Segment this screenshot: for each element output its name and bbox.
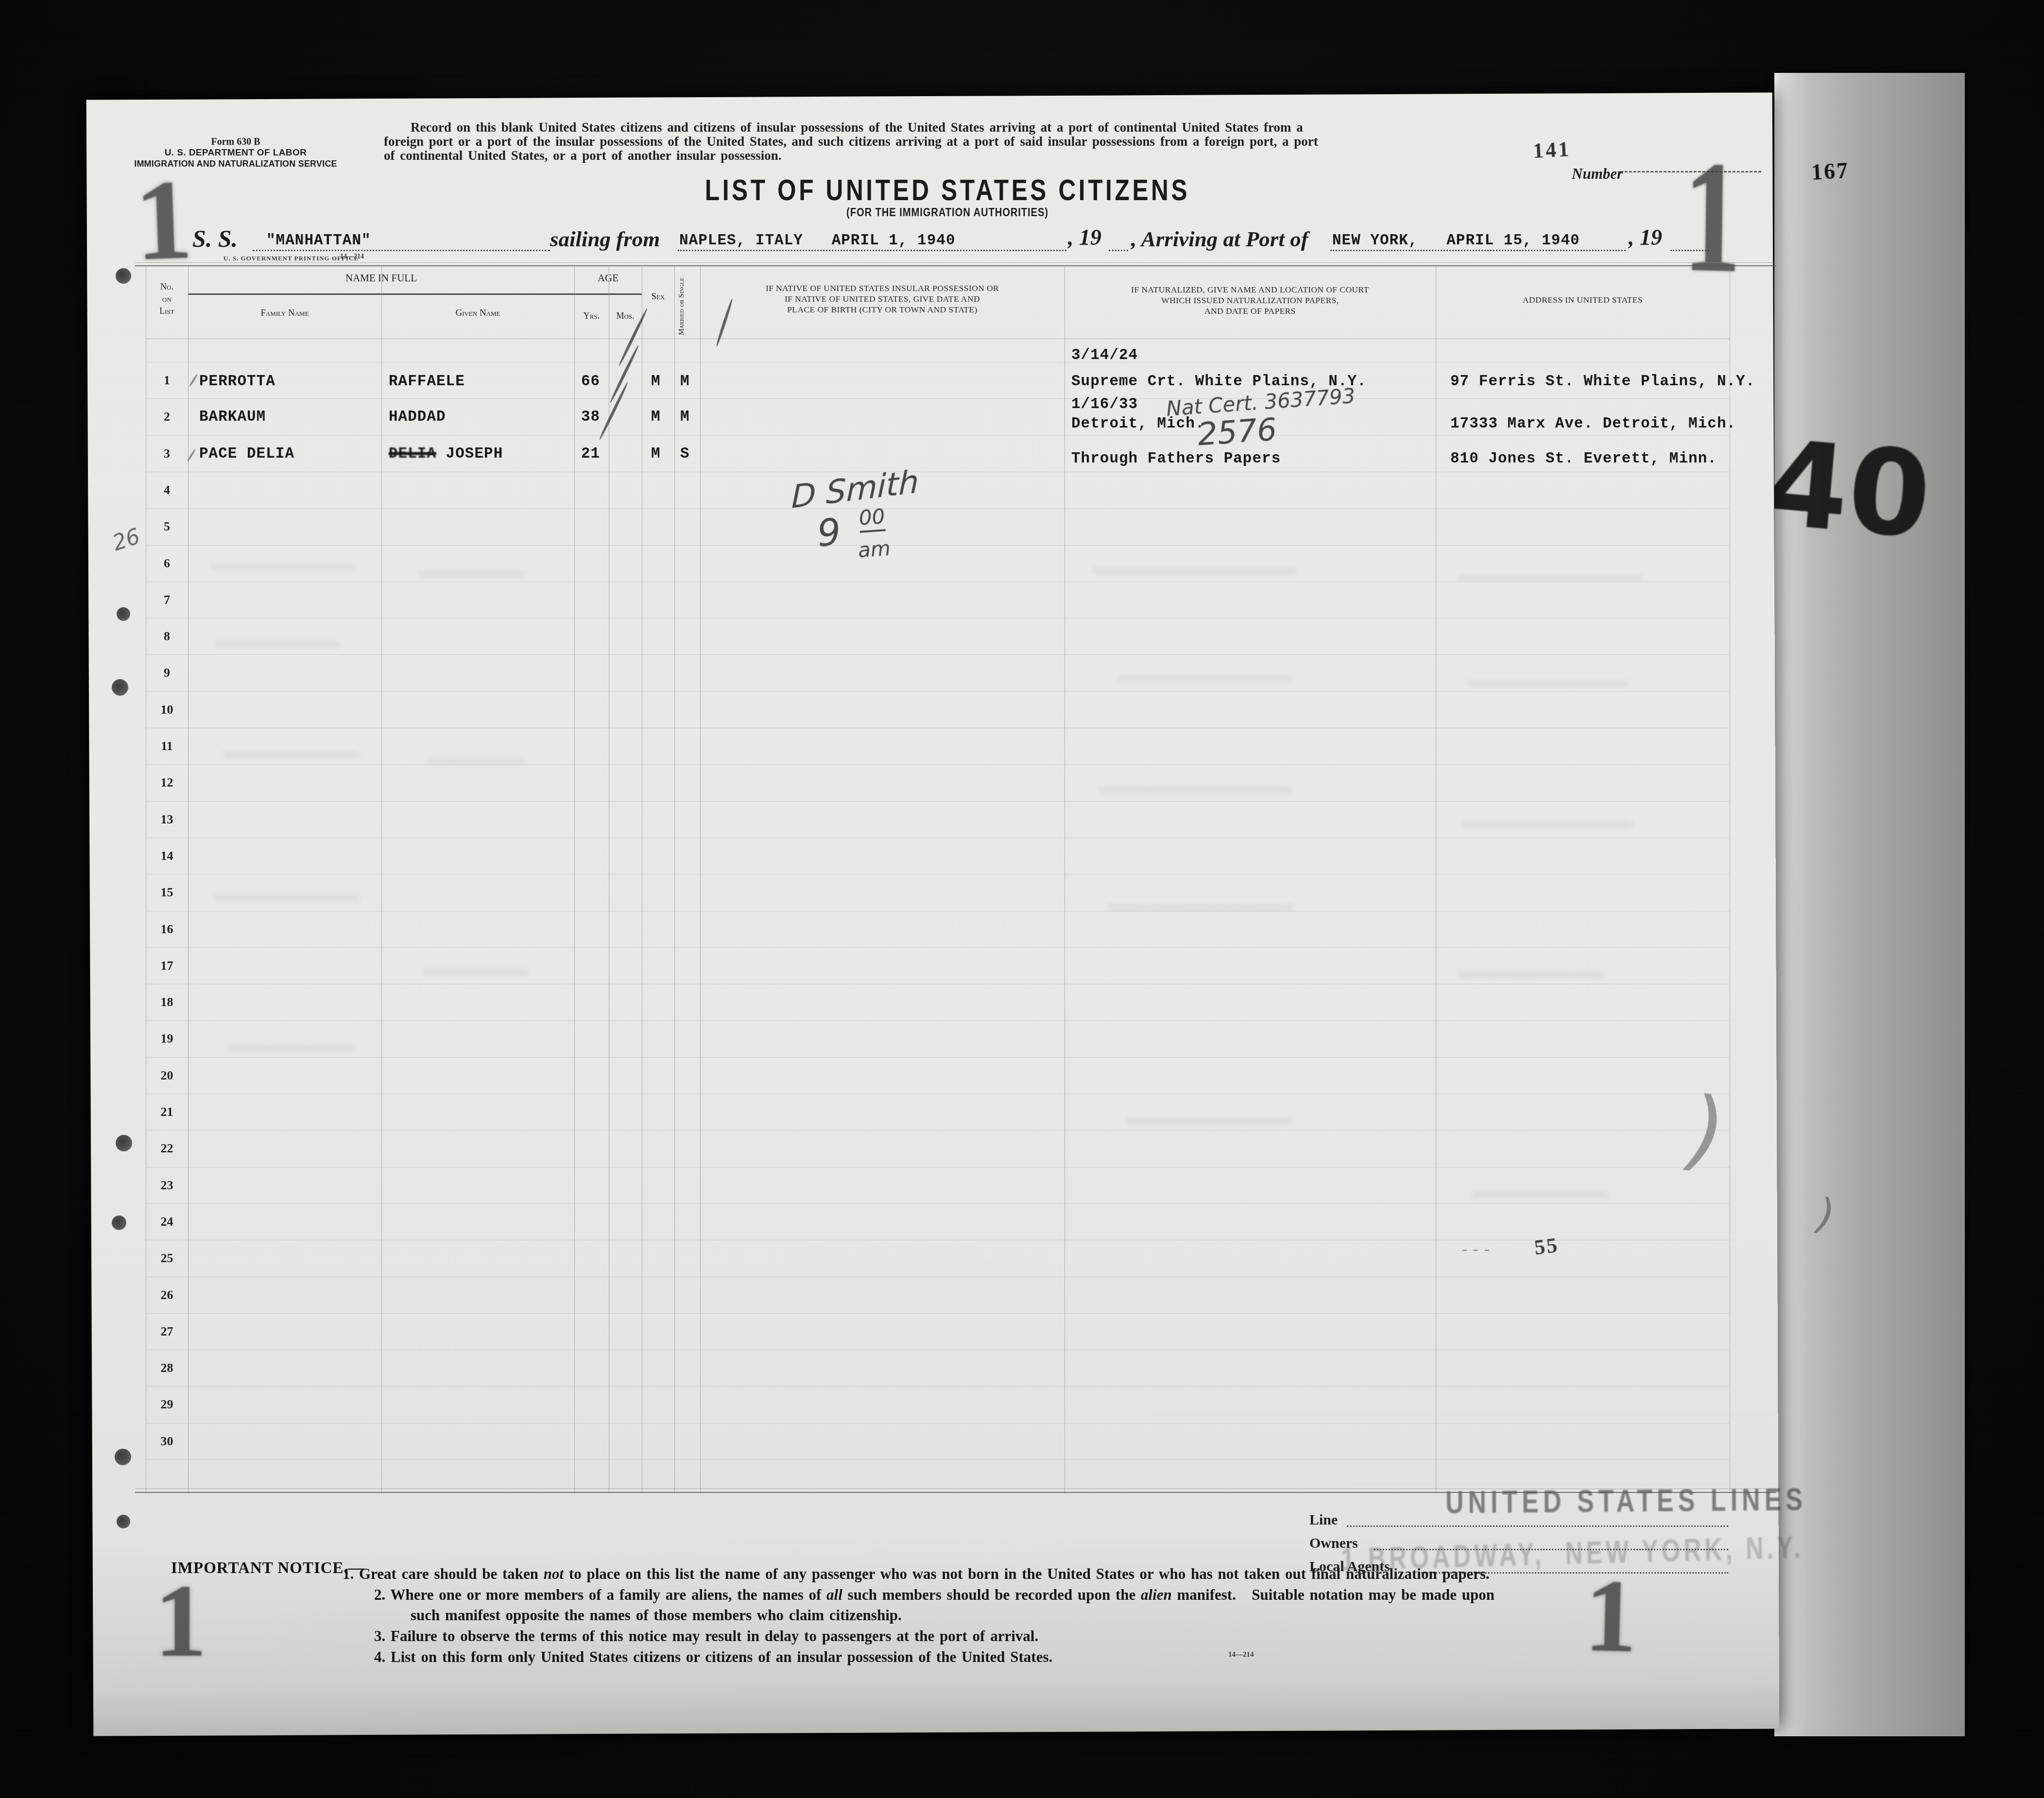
header-underline — [188, 293, 642, 295]
row-rule — [146, 1167, 1730, 1167]
header-naturalization-column: IF NATURALIZED, GIVE NAME AND LOCATION O… — [1069, 284, 1431, 316]
row-rule — [146, 362, 1730, 362]
page-number-stamp-top-right: 1 — [1683, 154, 1742, 280]
passenger-age-years: 38 — [581, 409, 600, 426]
row-rule — [146, 1423, 1730, 1423]
passenger-family-name: PERROTTA — [199, 373, 275, 390]
table-row-number: 6 — [146, 556, 188, 571]
table-row-number: 23 — [146, 1178, 188, 1193]
bleed-through-smudge — [1093, 567, 1297, 574]
row-rule — [146, 472, 1730, 472]
table-row-number: 14 — [146, 849, 188, 863]
passenger-family-name: BARKAUM — [199, 409, 266, 426]
rule-header-bottom — [146, 339, 1730, 339]
row-rule — [146, 582, 1730, 582]
passenger-naturalization-date: 1/16/33 — [1071, 396, 1138, 413]
passenger-age-years: 21 — [581, 445, 600, 462]
row-rule — [146, 947, 1730, 948]
row-rule — [146, 1459, 1730, 1460]
notice-line: such manifest opposite the names of thos… — [411, 1607, 902, 1624]
header-no-on-list: No.onList — [146, 281, 188, 317]
table-row-number: 2 — [146, 410, 188, 424]
table-row-number: 5 — [146, 519, 188, 534]
passenger-address: 17333 Marx Ave. Detroit, Mich. — [1450, 415, 1736, 432]
table-row-number: 10 — [146, 702, 188, 717]
passenger-given-name: HADDAD — [389, 409, 446, 426]
table-row-number: 12 — [146, 775, 188, 790]
number-label: Number — [1572, 165, 1623, 183]
bleed-through-smudge — [1462, 821, 1632, 828]
bleed-through-smudge — [1127, 1117, 1292, 1124]
header-yrs: Yrs. — [574, 311, 609, 321]
row-rule — [146, 1350, 1730, 1350]
table-row-number: 25 — [146, 1251, 188, 1266]
table-row-number: 9 — [146, 666, 188, 680]
passenger-marital-status: M — [680, 373, 690, 390]
bleed-through-smudge — [423, 969, 530, 976]
notice-line: 2. Where one or more members of a family… — [374, 1586, 1494, 1604]
table-row-number: 8 — [146, 629, 188, 644]
row-rule — [146, 1094, 1730, 1094]
row-rule — [146, 728, 1730, 728]
table-row-number: 27 — [146, 1324, 188, 1339]
bleed-through-smudge — [1117, 675, 1292, 682]
sailing-from-label: sailing from — [550, 226, 660, 252]
line-label: Line — [1309, 1512, 1338, 1528]
notice-line: 3. Failure to observe the terms of this … — [374, 1627, 1038, 1645]
row-rule — [146, 1386, 1730, 1387]
column-line — [609, 266, 609, 1493]
header-birth-column: IF NATIVE OF UNITED STATES INSULAR POSSE… — [705, 283, 1060, 315]
table-row-number: 7 — [146, 593, 188, 607]
bleed-through-smudge — [223, 751, 360, 757]
bleed-through-smudge — [1472, 1190, 1608, 1197]
sailing-from-value: NAPLES, ITALY APRIL 1, 1940 — [679, 232, 956, 249]
column-line — [1436, 266, 1436, 1493]
notice-line: 1. Great care should be taken not to pla… — [343, 1565, 1490, 1583]
table-row-number: 22 — [146, 1141, 188, 1156]
table-row-number: 24 — [146, 1215, 188, 1229]
header-married-single: Married or Single — [676, 275, 699, 338]
row-rule — [146, 691, 1730, 692]
passenger-sex: M — [651, 409, 661, 426]
column-line — [1730, 266, 1730, 1493]
row-rule — [146, 801, 1730, 802]
passenger-sex: M — [651, 445, 661, 462]
header-address-column: ADDRESS IN UNITED STATES — [1441, 294, 1725, 305]
passenger-given-name: RAFFAELE — [389, 373, 465, 390]
row-rule — [146, 1313, 1730, 1314]
row-rule — [146, 911, 1730, 911]
row-rule — [146, 545, 1730, 546]
passenger-family-name: PACE DELIA — [199, 445, 294, 462]
row-rule — [146, 618, 1730, 618]
ship-name-value: "MANHATTAN" — [266, 232, 371, 249]
instructions-line-1: Record on this blank United States citiz… — [411, 120, 1523, 135]
column-line — [1065, 266, 1065, 1493]
table-row-number: 15 — [146, 885, 188, 900]
passenger-naturalization-date: 3/14/24 — [1071, 347, 1138, 364]
row-rule — [146, 1203, 1730, 1204]
ship-name-line — [253, 250, 550, 251]
passenger-naturalization-court: Through Fathers Papers — [1071, 450, 1281, 467]
row-rule — [146, 1277, 1730, 1277]
bleed-through-smudge — [1467, 680, 1628, 687]
page-number-stamp-bottom-right: 1 — [1584, 1575, 1638, 1657]
punch-hole — [112, 679, 128, 696]
row-rule — [146, 838, 1730, 838]
bleed-through-smudge — [214, 641, 340, 648]
table-row-number: 30 — [146, 1434, 188, 1449]
punch-hole — [116, 1135, 132, 1151]
naturalization-cert-handwritten: 2576 — [1197, 411, 1278, 453]
punch-hole — [115, 1449, 131, 1465]
form-number: Form 630 B — [148, 137, 323, 148]
passenger-marital-status: M — [680, 409, 690, 426]
ss-label: S. S. — [192, 224, 238, 253]
column-line — [700, 266, 701, 1493]
dots-19-a — [1109, 250, 1128, 251]
important-notice-label: IMPORTANT NOTICE.— — [171, 1559, 365, 1577]
bleed-through-smudge — [209, 564, 355, 570]
printed-19-a: , 19 — [1068, 224, 1101, 250]
dots-19-b — [1670, 250, 1709, 251]
table-row-number: 26 — [146, 1288, 188, 1302]
row-rule — [146, 398, 1730, 399]
page-subtitle: (FOR THE IMMIGRATION AUTHORITIES) — [734, 206, 1161, 219]
rule-bottom-thick — [135, 1492, 1776, 1493]
pencil-dashes: - - - — [1461, 1240, 1490, 1259]
printed-19-b: , 19 — [1629, 224, 1662, 250]
arriving-label: , Arriving at Port of — [1131, 226, 1308, 252]
table-row-number: 13 — [146, 812, 188, 827]
punch-hole — [117, 1515, 130, 1528]
table-row-number: 11 — [146, 739, 188, 753]
instructions-line-2: foreign port or a port of the insular po… — [384, 134, 1523, 149]
row-rule — [146, 1130, 1730, 1130]
bleed-through-smudge — [1458, 972, 1603, 978]
column-line — [574, 266, 575, 1493]
printing-office-note: U. S. GOVERNMENT PRINTING OFFICE — [223, 255, 359, 262]
number-55-stamp: 55 — [1533, 1233, 1560, 1260]
passenger-sex: M — [651, 373, 661, 390]
column-line — [642, 266, 642, 1493]
table-row-number: 1 — [146, 373, 188, 388]
underlying-sheet-handwritten-number: 40 — [1761, 415, 1936, 565]
punch-hole — [116, 268, 131, 284]
bleed-through-smudge — [1458, 574, 1642, 581]
passenger-marital-status: S — [680, 445, 690, 462]
row-rule — [146, 435, 1730, 436]
passenger-age-years: 66 — [581, 373, 600, 390]
table-row-number: 4 — [146, 483, 188, 497]
sailing-from-line — [678, 250, 1066, 251]
punch-hole — [117, 607, 130, 621]
table-row-number: 17 — [146, 959, 188, 973]
table-row-number: 19 — [146, 1031, 188, 1046]
passenger-address: 97 Ferris St. White Plains, N.Y. — [1450, 373, 1755, 390]
row-rule — [146, 764, 1730, 765]
bleed-through-smudge — [1108, 904, 1292, 910]
table-row-number: 16 — [146, 922, 188, 937]
bleed-through-smudge — [428, 758, 525, 765]
underlying-sheet-number: 167 — [1811, 157, 1850, 185]
page-number-stamp-bottom-left: 1 — [155, 1580, 207, 1661]
column-line — [381, 266, 382, 1493]
passenger-given-name: DELIA JOSEPH — [389, 445, 503, 462]
header-age: AGE — [574, 272, 642, 284]
scanned-manifest-photo: 167 40 ) Form 630 B U. S. DEPARTMENT OF … — [0, 0, 2044, 1798]
bleed-through-smudge — [214, 894, 360, 901]
manifest-number-stamp: 141 — [1532, 137, 1572, 163]
header-given-name: Given Name — [381, 308, 574, 319]
page-title: LIST OF UNITED STATES CITIZENS — [662, 173, 1233, 207]
bleed-through-smudge — [1098, 787, 1292, 794]
passenger-address: 810 Jones St. Everett, Minn. — [1450, 450, 1717, 467]
table-row-number: 18 — [146, 995, 188, 1010]
arriving-value: NEW YORK, APRIL 15, 1940 — [1332, 232, 1580, 249]
row-rule — [146, 508, 1730, 509]
punch-hole — [112, 1216, 126, 1230]
table-row-number: 28 — [146, 1361, 188, 1375]
united-states-lines-stamp: UNITED STATES LINES — [1445, 1481, 1807, 1521]
row-rule — [146, 1240, 1730, 1240]
column-line — [188, 266, 189, 1493]
table-row-number: 29 — [146, 1397, 188, 1412]
instructions-line-3: of continental United States, or a port … — [384, 148, 782, 163]
rule-bottom-thin — [135, 1489, 1776, 1489]
notice-line: 4. List on this form only United States … — [374, 1648, 1052, 1666]
bleed-through-smudge — [418, 571, 525, 578]
rule-top-thin — [135, 262, 1776, 263]
header-sex: Sex — [642, 291, 674, 302]
header-mos: Mos. — [609, 311, 642, 321]
row-rule — [146, 984, 1730, 984]
time-note-hour: 9 — [816, 510, 842, 555]
table-row-number: 3 — [146, 446, 188, 461]
line-dotted — [1347, 1525, 1728, 1527]
arriving-line — [1330, 250, 1626, 251]
row-rule — [146, 1057, 1730, 1058]
row-rule — [146, 654, 1730, 655]
page-number-stamp-top-left: 1 — [134, 175, 194, 266]
printing-office-code: 14—214 — [340, 253, 364, 261]
row-rule — [146, 874, 1730, 874]
bleed-through-smudge — [228, 1045, 355, 1051]
row-rule — [146, 1020, 1730, 1021]
form-code-bottom: 14—214 — [1228, 1651, 1254, 1659]
header-family-name: Family Name — [188, 308, 381, 319]
table-row-number: 21 — [146, 1105, 188, 1119]
table-row-number: 20 — [146, 1068, 188, 1083]
column-line — [674, 266, 675, 1493]
number-dotted-line — [1620, 171, 1761, 172]
time-note-ampm: am — [857, 536, 891, 563]
